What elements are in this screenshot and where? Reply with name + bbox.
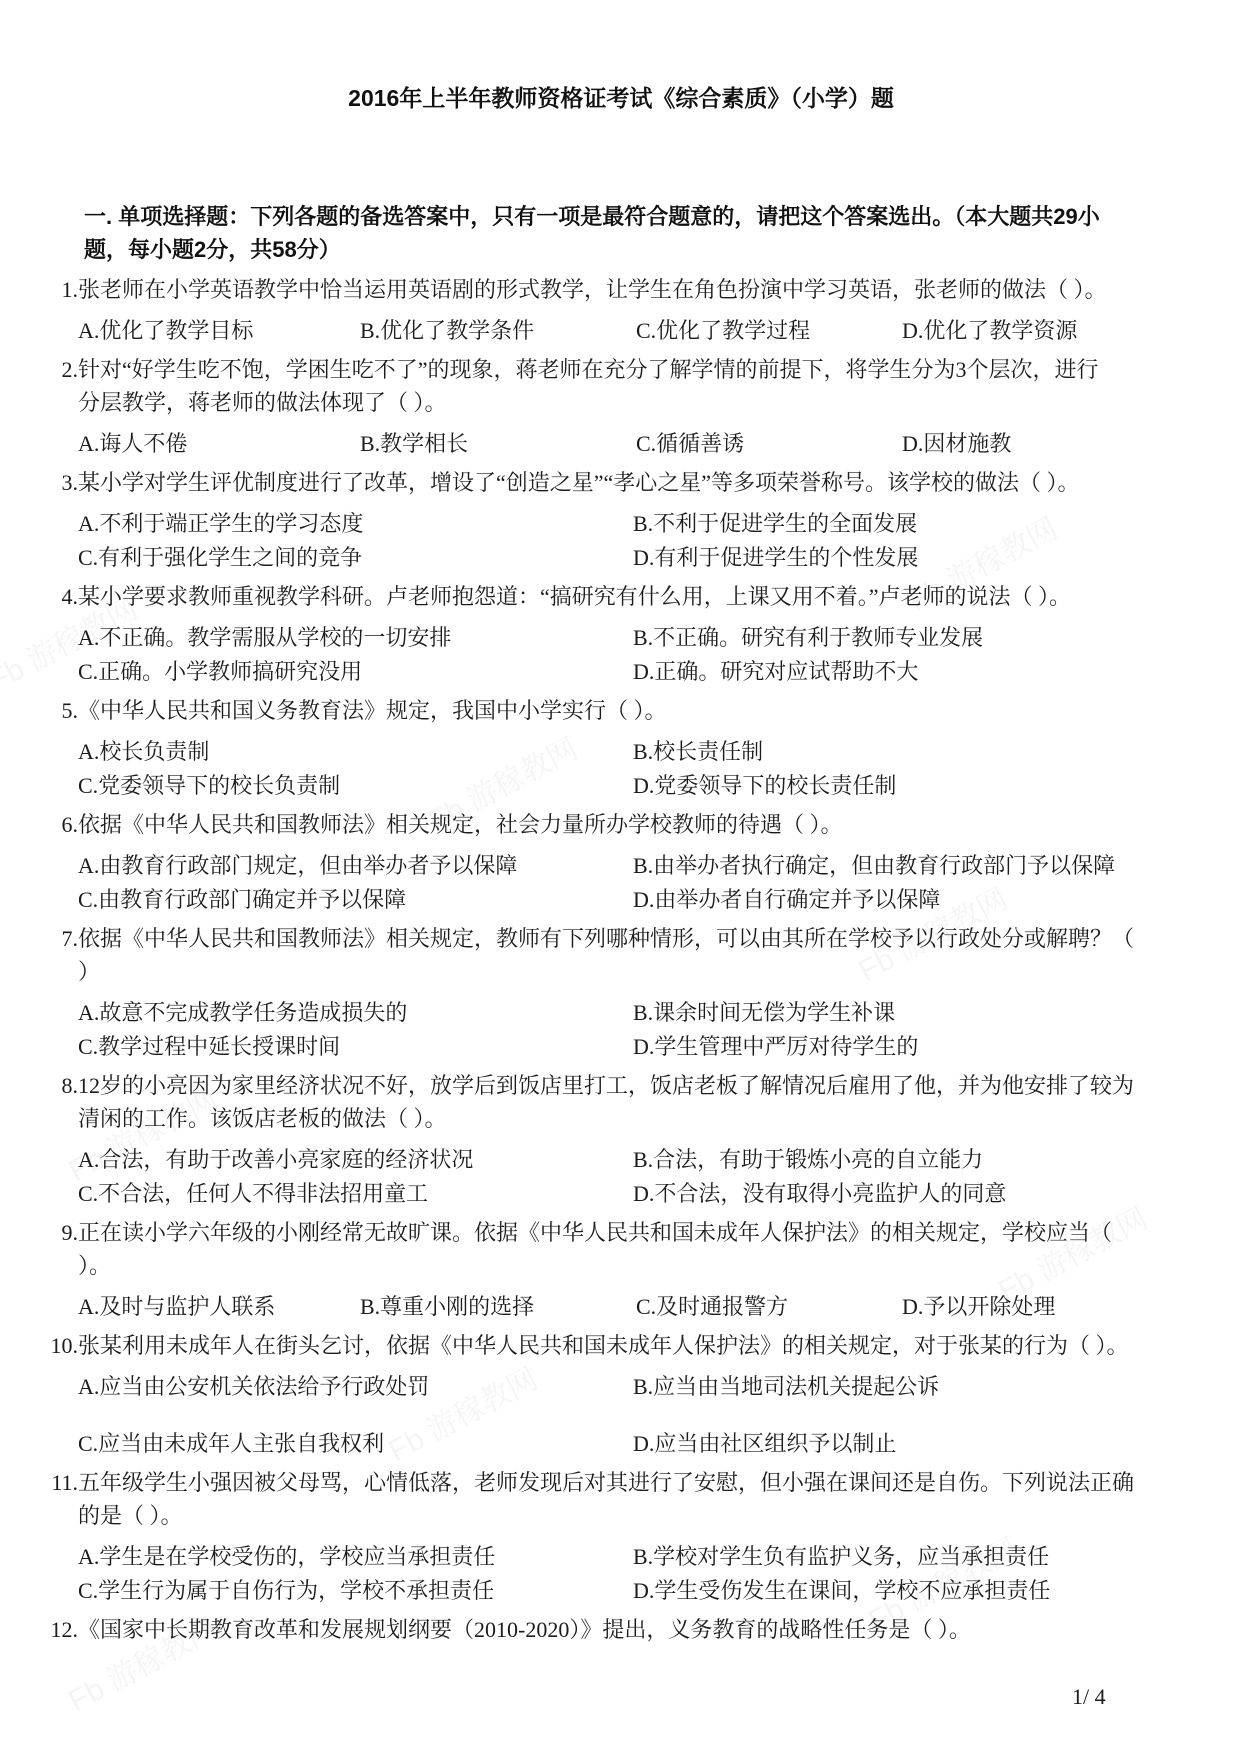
question: 5. 《中华人民共和国义务教育法》规定，我国中小学实行（ ）。 A.校长负责制B… [60,694,1182,802]
option: A.不正确。教学需服从学校的一切安排 [78,621,633,654]
option: D.有利于促进学生的个性发展 [633,541,1182,574]
options: A.及时与监护人联系B.尊重小刚的选择C.及时通报警方D.予以开除处理 [78,1290,1182,1323]
option: A.应当由公安机关依法给予行政处罚 [78,1370,633,1403]
option: A.故意不完成教学任务造成损失的 [78,996,633,1029]
question-number: 2. [62,353,79,386]
question-number: 1. [62,273,79,306]
option: B.由举办者执行确定，但由教育行政部门予以保障 [633,849,1182,882]
question-list: 1. 张老师在小学英语教学中恰当运用英语剧的形式教学，让学生在角色扮演中学习英语… [60,273,1182,1646]
question: 11. 五年级学生小强因被父母骂，心情低落，老师发现后对其进行了安慰，但小强在课… [60,1466,1182,1607]
option: C.有利于强化学生之间的竞争 [78,541,633,574]
option: A.诲人不倦 [78,427,360,460]
question-number: 12. [51,1613,79,1646]
option: B.优化了教学条件 [360,314,636,347]
option: B.应当由当地司法机关提起公诉 [633,1370,1182,1403]
question-text: 正在读小学六年级的小刚经常无故旷课。依据《中华人民共和国未成年人保护法》的相关规… [78,1216,1182,1282]
option: D.学生受伤发生在课间，学校不应承担责任 [633,1574,1182,1607]
question-text: 某小学要求教师重视教学科研。卢老师抱怨道：“搞研究有什么用，上课又用不着。”卢老… [78,580,1182,613]
option: C.优化了教学过程 [636,314,902,347]
options: A.故意不完成教学任务造成损失的B.课余时间无偿为学生补课C.教学过程中延长授课… [78,996,1182,1063]
question-text: 张老师在小学英语教学中恰当运用英语剧的形式教学，让学生在角色扮演中学习英语，张老… [78,273,1182,306]
option: D.正确。研究对应试帮助不大 [633,655,1182,688]
exam-page: 2016年上半年教师资格证考试《综合素质》（小学）题 一. 单项选择题：下列各题… [0,0,1240,1646]
question-text: 五年级学生小强因被父母骂，心情低落，老师发现后对其进行了安慰，但小强在课间还是自… [78,1466,1182,1532]
option: A.合法，有助于改善小亮家庭的经济状况 [78,1143,633,1176]
option: C.及时通报警方 [636,1290,902,1323]
question-text: 12岁的小亮因为家里经济状况不好，放学后到饭店里打工，饭店老板了解情况后雇用了他… [78,1069,1182,1135]
question-number: 5. [62,694,79,727]
options: A.合法，有助于改善小亮家庭的经济状况B.合法，有助于锻炼小亮的自立能力C.不合… [78,1143,1182,1210]
options: A.由教育行政部门规定，但由举办者予以保障B.由举办者执行确定，但由教育行政部门… [78,849,1182,916]
option: C.党委领导下的校长负责制 [78,769,633,802]
option: D.党委领导下的校长责任制 [633,769,1182,802]
options: A.诲人不倦B.教学相长C.循循善诱D.因材施教 [78,427,1182,460]
question-number: 10. [51,1329,79,1362]
question-text: 依据《中华人民共和国教师法》相关规定，社会力量所办学校教师的待遇（ ）。 [78,808,1182,841]
options: A.优化了教学目标B.优化了教学条件C.优化了教学过程D.优化了教学资源 [78,314,1182,347]
section-heading: 一. 单项选择题：下列各题的备选答案中，只有一项是最符合题意的，请把这个答案选出… [60,200,1182,266]
option: C.教学过程中延长授课时间 [78,1030,633,1063]
question-text: 针对“好学生吃不饱，学困生吃不了”的现象，蒋老师在充分了解学情的前提下，将学生分… [78,353,1182,419]
option: C.应当由未成年人主张自我权利 [78,1427,633,1460]
option: C.学生行为属于自伤行为，学校不承担责任 [78,1574,633,1607]
option: D.予以开除处理 [902,1290,1182,1323]
option: C.正确。小学教师搞研究没用 [78,655,633,688]
question-number: 8. [62,1069,79,1102]
question-number: 4. [62,580,79,613]
question: 9. 正在读小学六年级的小刚经常无故旷课。依据《中华人民共和国未成年人保护法》的… [60,1216,1182,1323]
question-text: 依据《中华人民共和国教师法》相关规定，教师有下列哪种情形，可以由其所在学校予以行… [78,922,1182,988]
question-number: 11. [51,1466,78,1499]
option: B.课余时间无偿为学生补课 [633,996,1182,1029]
question: 6. 依据《中华人民共和国教师法》相关规定，社会力量所办学校教师的待遇（ ）。 … [60,808,1182,916]
option: C.由教育行政部门确定并予以保障 [78,883,633,916]
options: A.应当由公安机关依法给予行政处罚B.应当由当地司法机关提起公诉C.应当由未成年… [78,1370,1182,1460]
question: 3. 某小学对学生评优制度进行了改革，增设了“创造之星”“孝心之星”等多项荣誉称… [60,466,1182,574]
option: A.校长负责制 [78,735,633,768]
question-text: 《国家中长期教育改革和发展规划纲要（2010-2020）》提出，义务教育的战略性… [78,1613,1182,1646]
option: D.由举办者自行确定并予以保障 [633,883,1182,916]
option: B.尊重小刚的选择 [360,1290,636,1323]
option: C.循循善诱 [636,427,902,460]
option: B.不利于促进学生的全面发展 [633,507,1182,540]
question-number: 6. [62,808,79,841]
question-number: 3. [62,466,79,499]
option: B.学校对学生负有监护义务，应当承担责任 [633,1540,1182,1573]
options: A.不正确。教学需服从学校的一切安排B.不正确。研究有利于教师专业发展C.正确。… [78,621,1182,688]
options: A.不利于端正学生的学习态度B.不利于促进学生的全面发展C.有利于强化学生之间的… [78,507,1182,574]
question-number: 9. [62,1216,79,1249]
question: 1. 张老师在小学英语教学中恰当运用英语剧的形式教学，让学生在角色扮演中学习英语… [60,273,1182,347]
option: A.由教育行政部门规定，但由举办者予以保障 [78,849,633,882]
option: D.优化了教学资源 [902,314,1182,347]
option: C.不合法，任何人不得非法招用童工 [78,1177,633,1210]
option: D.因材施教 [902,427,1182,460]
option: B.校长责任制 [633,735,1182,768]
option: D.应当由社区组织予以制止 [633,1427,1182,1460]
question-text: 某小学对学生评优制度进行了改革，增设了“创造之星”“孝心之星”等多项荣誉称号。该… [78,466,1182,499]
question: 4. 某小学要求教师重视教学科研。卢老师抱怨道：“搞研究有什么用，上课又用不着。… [60,580,1182,688]
option: D.不合法，没有取得小亮监护人的同意 [633,1177,1182,1210]
option: A.及时与监护人联系 [78,1290,360,1323]
question-text: 张某利用未成年人在街头乞讨，依据《中华人民共和国未成年人保护法》的相关规定，对于… [78,1329,1182,1362]
question: 2. 针对“好学生吃不饱，学困生吃不了”的现象，蒋老师在充分了解学情的前提下，将… [60,353,1182,460]
option: A.学生是在学校受伤的，学校应当承担责任 [78,1540,633,1573]
options: A.学生是在学校受伤的，学校应当承担责任B.学校对学生负有监护义务，应当承担责任… [78,1540,1182,1607]
question: 8. 12岁的小亮因为家里经济状况不好，放学后到饭店里打工，饭店老板了解情况后雇… [60,1069,1182,1210]
question: 12. 《国家中长期教育改革和发展规划纲要（2010-2020）》提出，义务教育… [60,1613,1182,1646]
question: 7. 依据《中华人民共和国教师法》相关规定，教师有下列哪种情形，可以由其所在学校… [60,922,1182,1063]
question-text: 《中华人民共和国义务教育法》规定，我国中小学实行（ ）。 [78,694,1182,727]
page-title: 2016年上半年教师资格证考试《综合素质》（小学）题 [60,82,1182,114]
option: B.教学相长 [360,427,636,460]
option: B.合法，有助于锻炼小亮的自立能力 [633,1143,1182,1176]
option: D.学生管理中严厉对待学生的 [633,1030,1182,1063]
question-number: 7. [62,922,79,955]
option: A.优化了教学目标 [78,314,360,347]
question: 10. 张某利用未成年人在街头乞讨，依据《中华人民共和国未成年人保护法》的相关规… [60,1329,1182,1460]
option: B.不正确。研究有利于教师专业发展 [633,621,1182,654]
option: A.不利于端正学生的学习态度 [78,507,633,540]
page-number: 1/ 4 [1072,1684,1106,1710]
options: A.校长负责制B.校长责任制C.党委领导下的校长负责制D.党委领导下的校长责任制 [78,735,1182,802]
